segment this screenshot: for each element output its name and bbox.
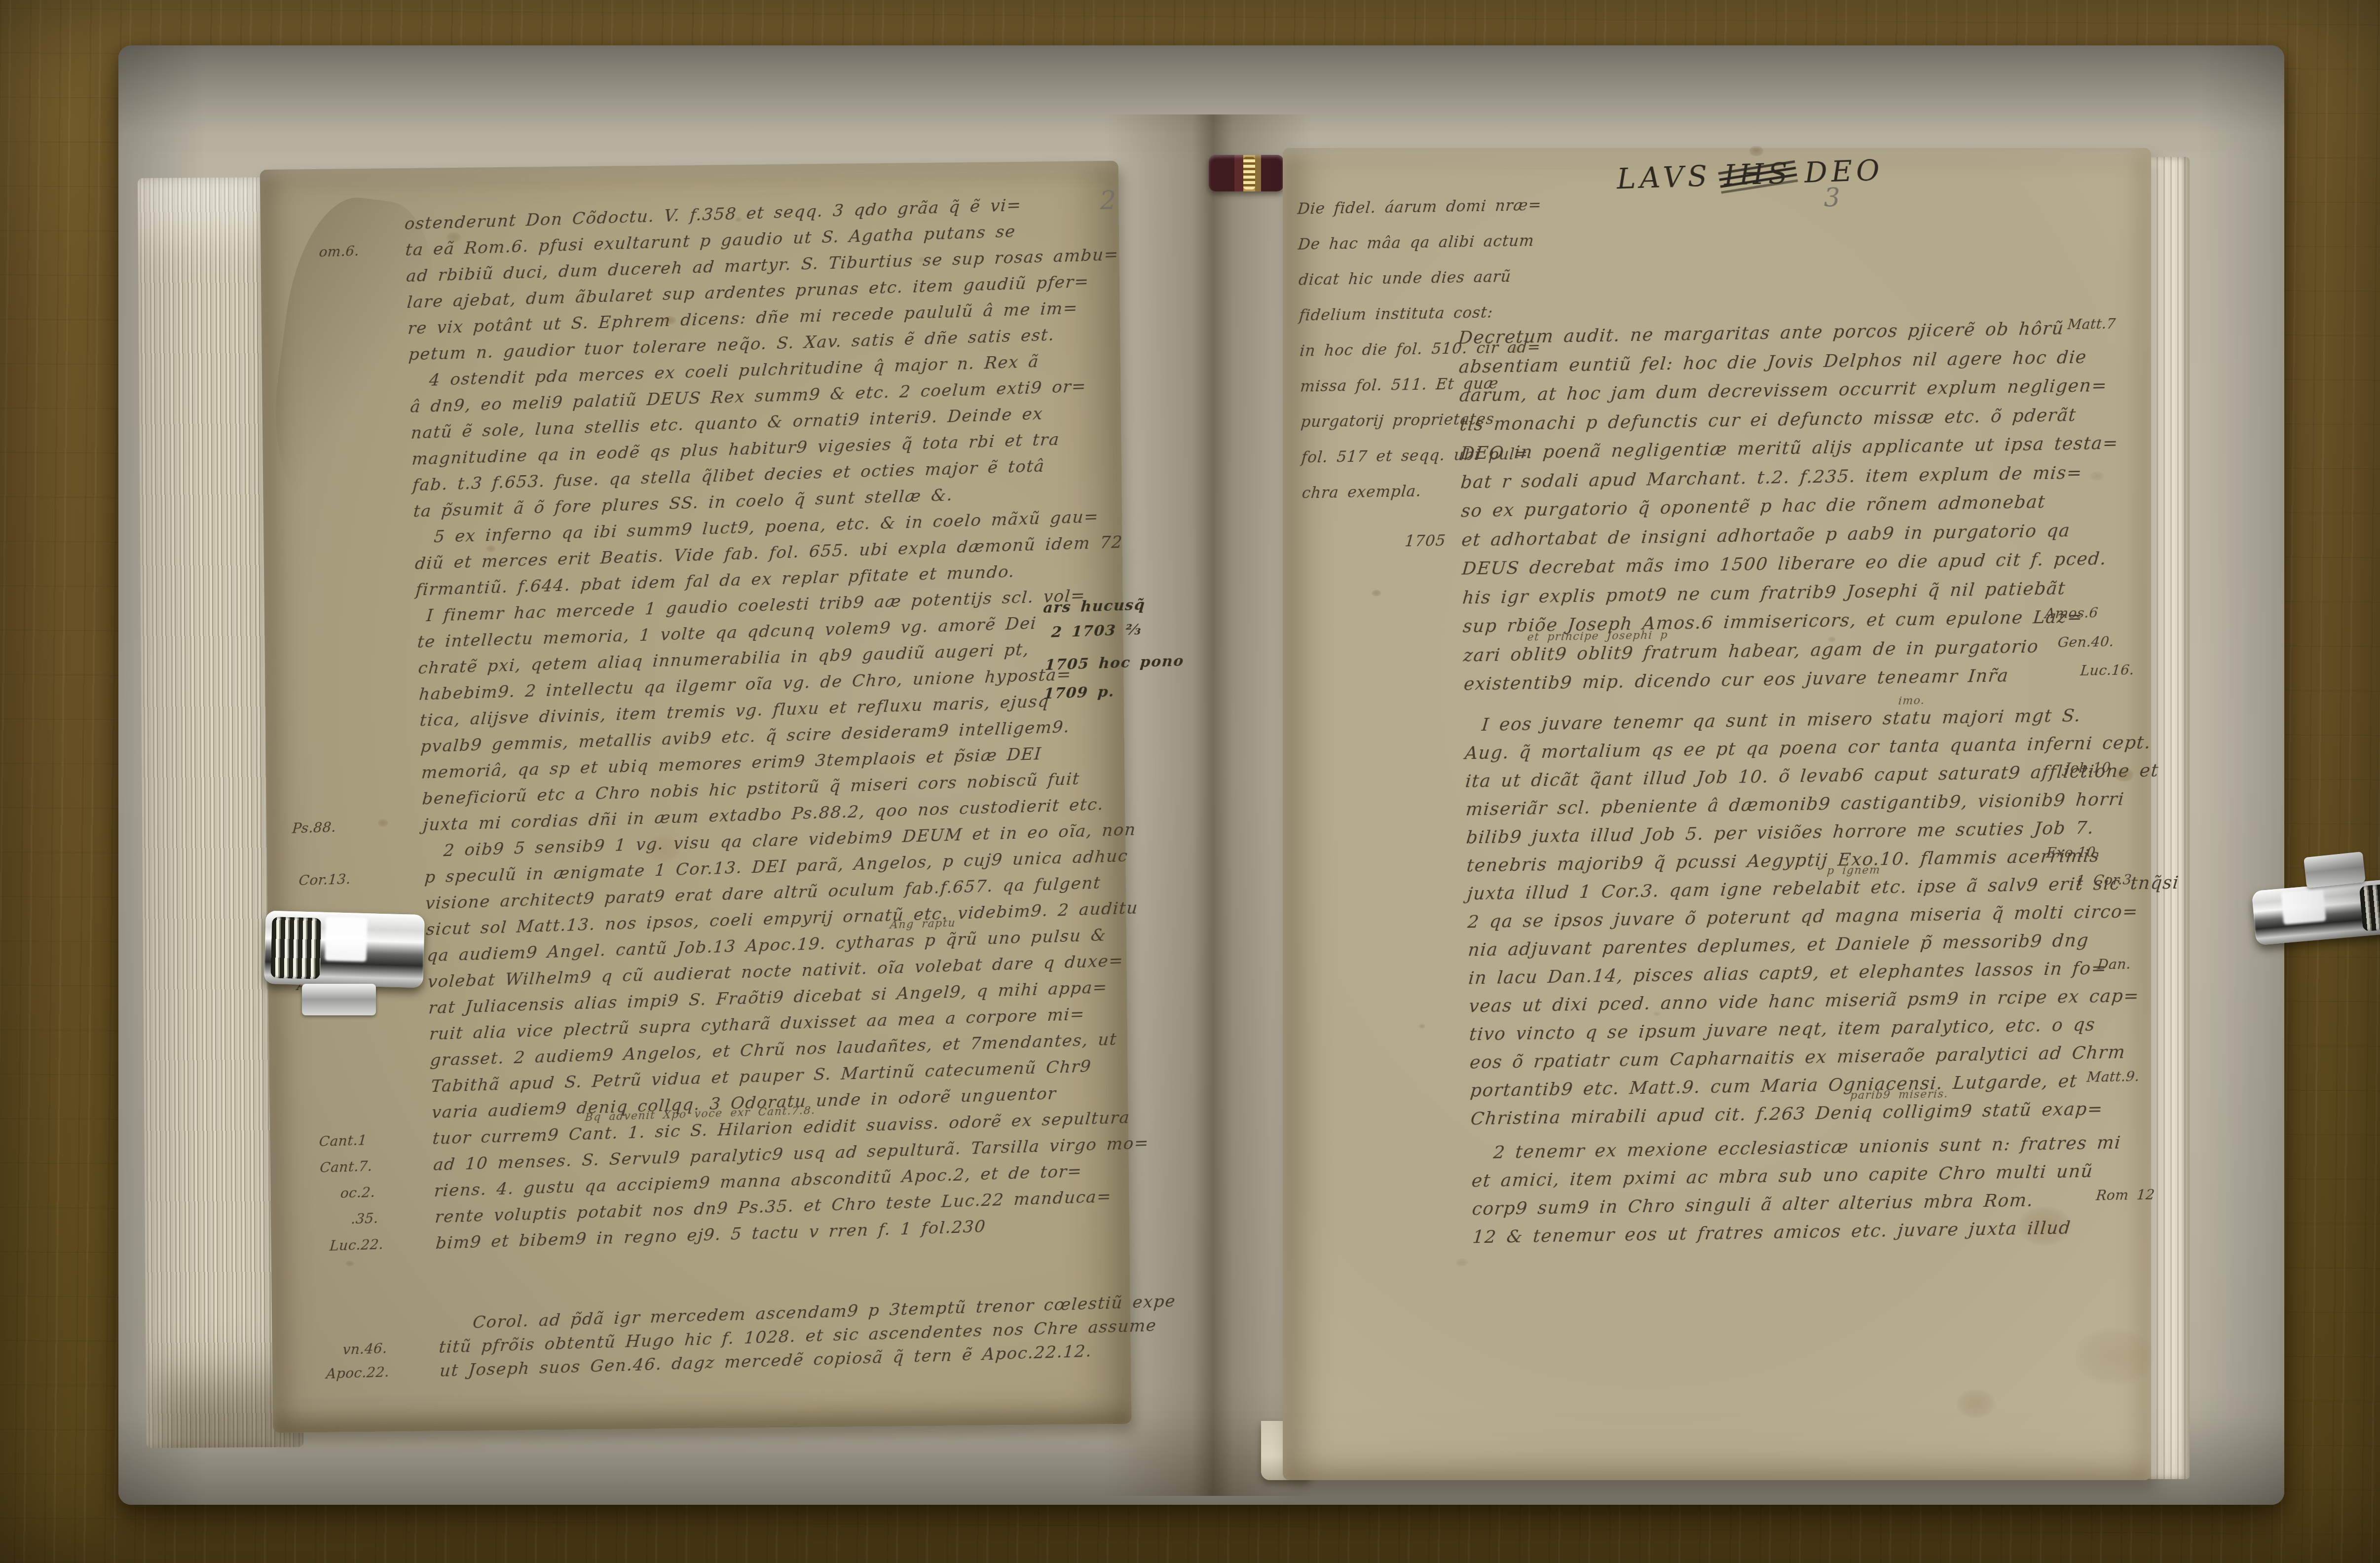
open-book: 2 ostenderunt Don Cõdoctu. V. f.358 et s… <box>118 45 2284 1505</box>
manuscript-line: tenebris majorib9 q̃ pcussi Aegyptij Exo… <box>1466 846 2100 876</box>
right-page: LAVSIHSDEO 3 Die fidel. áarum domi nræ=D… <box>1283 148 2151 1480</box>
margin-note: Exo.10. <box>2045 844 2101 861</box>
manuscript-line: absentiam euntiũ fel: hoc die Jovis Delp… <box>1458 347 2088 377</box>
margin-note: 1 Cor.3. <box>2076 871 2137 889</box>
date-note-line: 1709 p. <box>1043 683 1115 703</box>
manuscript-line: I eos juvare tenemr qa sunt in misero st… <box>1481 706 2082 735</box>
margin-note: Cor.13. <box>298 871 351 889</box>
margin-note: vn.46. <box>342 1340 388 1358</box>
manuscript-line: DEUS decrebat mãs imo 1500 liberare eo d… <box>1461 549 2108 579</box>
interlinear-note: et principe Josephi p <box>1526 629 1669 644</box>
manuscript-line: Aug. q̃ mortalium qs ee pt qa poena cor … <box>1464 733 2152 764</box>
intro-column-line: fidelium instituta cost: <box>1299 304 1494 325</box>
margin-note: .35. <box>350 1210 379 1228</box>
manuscript-line: et amici, item pximi ac mbra sub uno cap… <box>1471 1161 2094 1191</box>
clip-hinge-left <box>302 984 376 1015</box>
manuscript-line: veas ut dixi pced. anno vide hanc miseri… <box>1468 986 2140 1016</box>
manuscript-line: 12 & tenemur eos ut fratres amicos etc. … <box>1472 1218 2072 1247</box>
manuscript-line: tis monachi p defunctis cur ei defuncto … <box>1459 405 2078 435</box>
heading-laus-deo: LAVSIHSDEO <box>1616 153 1884 195</box>
clip-ribs <box>270 917 321 979</box>
margin-note: Ps.88. <box>292 819 336 837</box>
margin-note: Gen.40. <box>2057 633 2115 650</box>
margin-note: Amos.6 <box>2044 604 2099 622</box>
margin-note: Dan. <box>2097 956 2132 972</box>
manuscript-line: nia adjuvant parentes deplumes, et Danie… <box>1467 930 2090 961</box>
manuscript-line: so ex purgatorio q̃ oponentẽ p hac die r… <box>1460 492 2046 521</box>
manuscript-line: existentib9 mip. dicendo cur eos juvare … <box>1463 666 2009 694</box>
manuscript-line: eos õ rpatiatr cum Capharnaitis ex miser… <box>1469 1042 2126 1073</box>
manuscript-line: bilib9 juxta illud Job 5. per visiões ho… <box>1465 818 2095 848</box>
margin-note: Luc.22. <box>329 1236 384 1254</box>
interlinear-note: imo. <box>1898 695 1926 707</box>
heading-laus: LAVS <box>1616 159 1711 195</box>
manuscript-line: DEO in poenã negligentiæ meritũ alijs ap… <box>1459 433 2120 464</box>
manuscript-line: Christina mirabili apud cit. f.263 Deniq… <box>1470 1099 2104 1129</box>
manuscript-line: Decretum audit. ne margaritas ante porco… <box>1457 318 2065 348</box>
margin-note: oc.2. <box>340 1184 376 1201</box>
gutter-shadow <box>1105 114 1312 1496</box>
margin-note: Cant.1 <box>319 1132 368 1150</box>
page-number-right: 3 <box>1823 183 1840 213</box>
manuscript-line: 2 qa se ipsos juvare õ poterunt qd magna… <box>1467 901 2139 932</box>
intro-column-line: De hac mâa qa alibi actum <box>1297 232 1535 254</box>
interlinear-note: p ignem <box>1826 864 1881 877</box>
clip-hinge-right <box>2304 852 2366 888</box>
intro-column-line: 1705 <box>1404 532 1447 550</box>
photo-scene: 2 ostenderunt Don Cõdoctu. V. f.358 et s… <box>0 0 2380 1563</box>
manuscript-line: bat r sodali apud Marchant. t.2. f.235. … <box>1460 462 2083 492</box>
manuscript-line: corp9 sum9 in Chro singuli ã alter alter… <box>1471 1191 2035 1220</box>
heading-deo: DEO <box>1804 153 1884 189</box>
clip-shine <box>2281 889 2326 925</box>
manuscript-line: ita ut dicãt q̃ant illud Job 10. õ levab… <box>1464 761 2159 792</box>
manuscript-line: tivo vincto q se ipsum juvare neqt, item… <box>1468 1015 2096 1045</box>
manuscript-line: miseriãr scl. pbeniente â dæmonib9 casti… <box>1465 789 2125 820</box>
manuscript-line: portantib9 etc. Matt.9. cum Maria Ogniac… <box>1469 1071 2078 1101</box>
margin-note: Matt.7 <box>2067 316 2117 333</box>
left-page: 2 ostenderunt Don Cõdoctu. V. f.358 et s… <box>260 161 1132 1433</box>
intro-column-line: Die fidel. áarum domi nræ= <box>1297 196 1542 218</box>
manuscript-line: et adhortabat de insigni adhortaõe p aab… <box>1461 521 2071 550</box>
clip-shine <box>325 917 368 962</box>
interlinear-note: parib9 miseris. <box>1850 1088 1949 1102</box>
intro-column-line: dicat hic unde dies aarũ <box>1298 268 1512 289</box>
clip-ribs <box>2359 882 2380 931</box>
margin-note: Luc.16. <box>2080 662 2135 679</box>
margin-note: Cant.7. <box>319 1158 373 1176</box>
manuscript-line: 2 tenemr ex mexione ecclesiasticæ unioni… <box>1492 1133 2122 1163</box>
struck-word: IHS <box>1723 156 1792 192</box>
headband <box>1209 155 1284 191</box>
margin-note: Apoc.22. <box>326 1364 390 1382</box>
margin-note: Rom 12 <box>2095 1187 2156 1204</box>
margin-note: Job.10 <box>2064 759 2111 777</box>
manuscript-line: his igr explis pmot9 ne cum fratrib9 Jos… <box>1461 578 2066 608</box>
manuscript-line: in lacu Dan.14, pisces alias capt9, et e… <box>1468 958 2108 988</box>
metal-clip-left <box>264 911 425 988</box>
manuscript-line: aarum, at hoc jam dum decrevissem occurr… <box>1458 375 2108 406</box>
intro-column-line: chra exempla. <box>1301 483 1422 502</box>
margin-note: om.6. <box>318 243 360 260</box>
interlinear-note: Ang raptu <box>890 917 956 931</box>
manuscript-line: juxta illud 1 Cor.3. qam igne rebelabit … <box>1466 873 2180 904</box>
margin-note: Matt.9. <box>2086 1068 2140 1085</box>
